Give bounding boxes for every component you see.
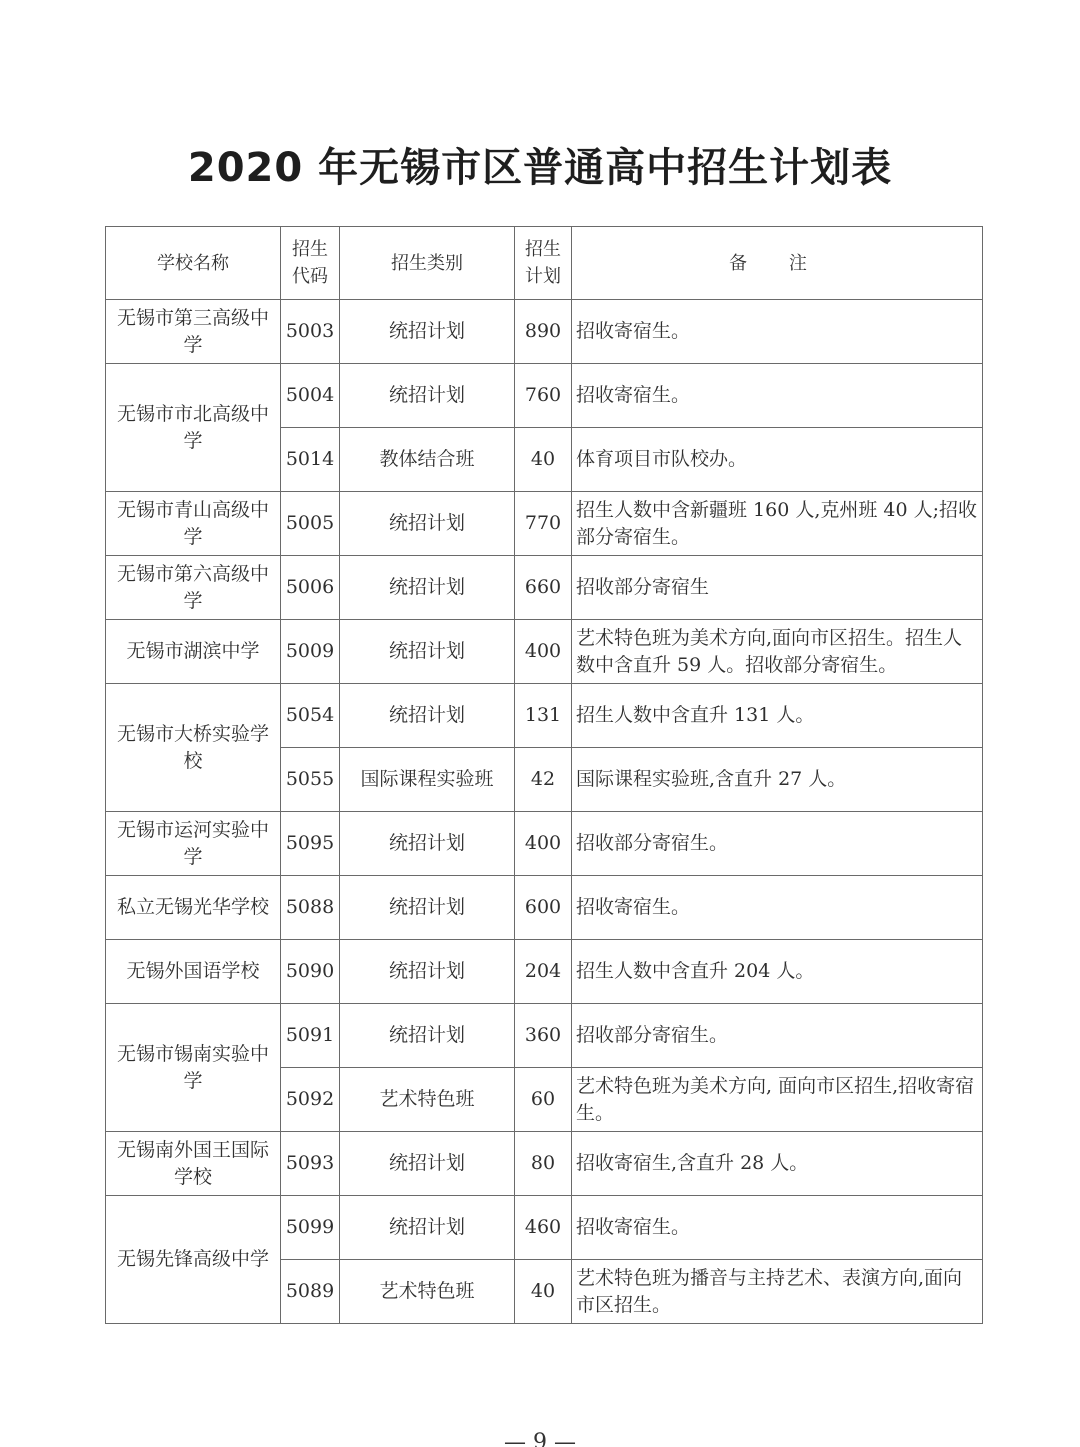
enroll-note: 招收寄宿生。 [572, 300, 983, 364]
enroll-type: 统招计划 [340, 492, 515, 556]
enroll-plan: 360 [515, 1004, 572, 1068]
header-plan-line2: 计划 [525, 266, 561, 287]
table-row: 无锡市市北高级中学 5004 统招计划 760 招收寄宿生。 [106, 364, 983, 428]
enroll-note: 招收寄宿生。 [572, 876, 983, 940]
header-code-line1: 招生 [292, 239, 328, 260]
school-name: 无锡南外国王国际学校 [106, 1132, 281, 1196]
enroll-note: 招生人数中含直升 204 人。 [572, 940, 983, 1004]
enroll-code: 5095 [281, 812, 340, 876]
enroll-note: 艺术特色班为美术方向,面向市区招生。招生人数中含直升 59 人。招收部分寄宿生。 [572, 620, 983, 684]
school-name: 无锡市运河实验中学 [106, 812, 281, 876]
school-name: 私立无锡光华学校 [106, 876, 281, 940]
header-type: 招生类别 [340, 227, 515, 300]
page-title: 2020 年无锡市区普通高中招生计划表 [0, 136, 1080, 193]
table-row: 无锡市青山高级中学 5005 统招计划 770 招生人数中含新疆班 160 人,… [106, 492, 983, 556]
enroll-plan: 40 [515, 428, 572, 492]
enroll-type: 统招计划 [340, 684, 515, 748]
table-row: 无锡市大桥实验学校 5054 统招计划 131 招生人数中含直升 131 人。 [106, 684, 983, 748]
enroll-code: 5091 [281, 1004, 340, 1068]
enroll-plan: 890 [515, 300, 572, 364]
enroll-code: 5054 [281, 684, 340, 748]
table-row: 无锡市运河实验中学 5095 统招计划 400 招收部分寄宿生。 [106, 812, 983, 876]
enroll-type: 统招计划 [340, 364, 515, 428]
school-name: 无锡市第六高级中学 [106, 556, 281, 620]
school-name: 无锡市大桥实验学校 [106, 684, 281, 812]
enroll-code: 5092 [281, 1068, 340, 1132]
header-note: 备 注 [572, 227, 983, 300]
enroll-code: 5004 [281, 364, 340, 428]
header-plan: 招生计划 [515, 227, 572, 300]
school-name: 无锡先锋高级中学 [106, 1196, 281, 1324]
enroll-type: 统招计划 [340, 876, 515, 940]
enroll-code: 5055 [281, 748, 340, 812]
enroll-type: 艺术特色班 [340, 1068, 515, 1132]
table-row: 私立无锡光华学校 5088 统招计划 600 招收寄宿生。 [106, 876, 983, 940]
enroll-note: 招生人数中含新疆班 160 人,克州班 40 人;招收部分寄宿生。 [572, 492, 983, 556]
enroll-type: 统招计划 [340, 556, 515, 620]
enroll-plan: 400 [515, 620, 572, 684]
table-row: 无锡市湖滨中学 5009 统招计划 400 艺术特色班为美术方向,面向市区招生。… [106, 620, 983, 684]
enroll-plan: 600 [515, 876, 572, 940]
school-name: 无锡市湖滨中学 [106, 620, 281, 684]
enroll-type: 艺术特色班 [340, 1260, 515, 1324]
enroll-type: 国际课程实验班 [340, 748, 515, 812]
enroll-type: 统招计划 [340, 812, 515, 876]
enroll-plan: 131 [515, 684, 572, 748]
enroll-note: 招收寄宿生,含直升 28 人。 [572, 1132, 983, 1196]
enroll-note: 艺术特色班为播音与主持艺术、表演方向,面向市区招生。 [572, 1260, 983, 1324]
enroll-code: 5003 [281, 300, 340, 364]
enroll-plan: 60 [515, 1068, 572, 1132]
enroll-code: 5089 [281, 1260, 340, 1324]
enrollment-plan-table: 学校名称 招生代码 招生类别 招生计划 备 注 无锡市第三高级中学 5003 统… [105, 226, 983, 1324]
header-code: 招生代码 [281, 227, 340, 300]
enroll-note: 招收寄宿生。 [572, 364, 983, 428]
enroll-plan: 460 [515, 1196, 572, 1260]
school-name: 无锡市市北高级中学 [106, 364, 281, 492]
enroll-code: 5088 [281, 876, 340, 940]
table-body: 无锡市第三高级中学 5003 统招计划 890 招收寄宿生。 无锡市市北高级中学… [106, 300, 983, 1324]
school-name: 无锡外国语学校 [106, 940, 281, 1004]
enroll-plan: 40 [515, 1260, 572, 1324]
enroll-type: 统招计划 [340, 1196, 515, 1260]
enroll-note: 招收寄宿生。 [572, 1196, 983, 1260]
enroll-plan: 760 [515, 364, 572, 428]
enroll-code: 5099 [281, 1196, 340, 1260]
table-row: 无锡市第六高级中学 5006 统招计划 660 招收部分寄宿生 [106, 556, 983, 620]
school-name: 无锡市锡南实验中学 [106, 1004, 281, 1132]
enroll-note: 招收部分寄宿生。 [572, 812, 983, 876]
enroll-code: 5006 [281, 556, 340, 620]
table-header-row: 学校名称 招生代码 招生类别 招生计划 备 注 [106, 227, 983, 300]
header-plan-line1: 招生 [525, 239, 561, 260]
enroll-type: 统招计划 [340, 940, 515, 1004]
enroll-plan: 80 [515, 1132, 572, 1196]
enroll-plan: 400 [515, 812, 572, 876]
table-row: 无锡市锡南实验中学 5091 统招计划 360 招收部分寄宿生。 [106, 1004, 983, 1068]
enroll-type: 统招计划 [340, 1132, 515, 1196]
enroll-code: 5093 [281, 1132, 340, 1196]
enroll-type: 教体结合班 [340, 428, 515, 492]
header-code-line2: 代码 [292, 266, 328, 287]
table-row: 无锡南外国王国际学校 5093 统招计划 80 招收寄宿生,含直升 28 人。 [106, 1132, 983, 1196]
enroll-note: 招收部分寄宿生。 [572, 1004, 983, 1068]
enroll-note: 招收部分寄宿生 [572, 556, 983, 620]
table-row: 无锡先锋高级中学 5099 统招计划 460 招收寄宿生。 [106, 1196, 983, 1260]
header-school-name: 学校名称 [106, 227, 281, 300]
enroll-type: 统招计划 [340, 620, 515, 684]
enroll-code: 5005 [281, 492, 340, 556]
table-row: 无锡外国语学校 5090 统招计划 204 招生人数中含直升 204 人。 [106, 940, 983, 1004]
enroll-code: 5090 [281, 940, 340, 1004]
enroll-plan: 660 [515, 556, 572, 620]
enroll-plan: 204 [515, 940, 572, 1004]
enroll-code: 5014 [281, 428, 340, 492]
page-number: — 9 — [0, 1430, 1080, 1447]
enroll-plan: 770 [515, 492, 572, 556]
enroll-type: 统招计划 [340, 300, 515, 364]
enroll-note: 国际课程实验班,含直升 27 人。 [572, 748, 983, 812]
enroll-note: 艺术特色班为美术方向, 面向市区招生,招收寄宿生。 [572, 1068, 983, 1132]
enroll-code: 5009 [281, 620, 340, 684]
school-name: 无锡市第三高级中学 [106, 300, 281, 364]
table-row: 无锡市第三高级中学 5003 统招计划 890 招收寄宿生。 [106, 300, 983, 364]
enroll-plan: 42 [515, 748, 572, 812]
enroll-note: 体育项目市队校办。 [572, 428, 983, 492]
enroll-note: 招生人数中含直升 131 人。 [572, 684, 983, 748]
enroll-type: 统招计划 [340, 1004, 515, 1068]
school-name: 无锡市青山高级中学 [106, 492, 281, 556]
